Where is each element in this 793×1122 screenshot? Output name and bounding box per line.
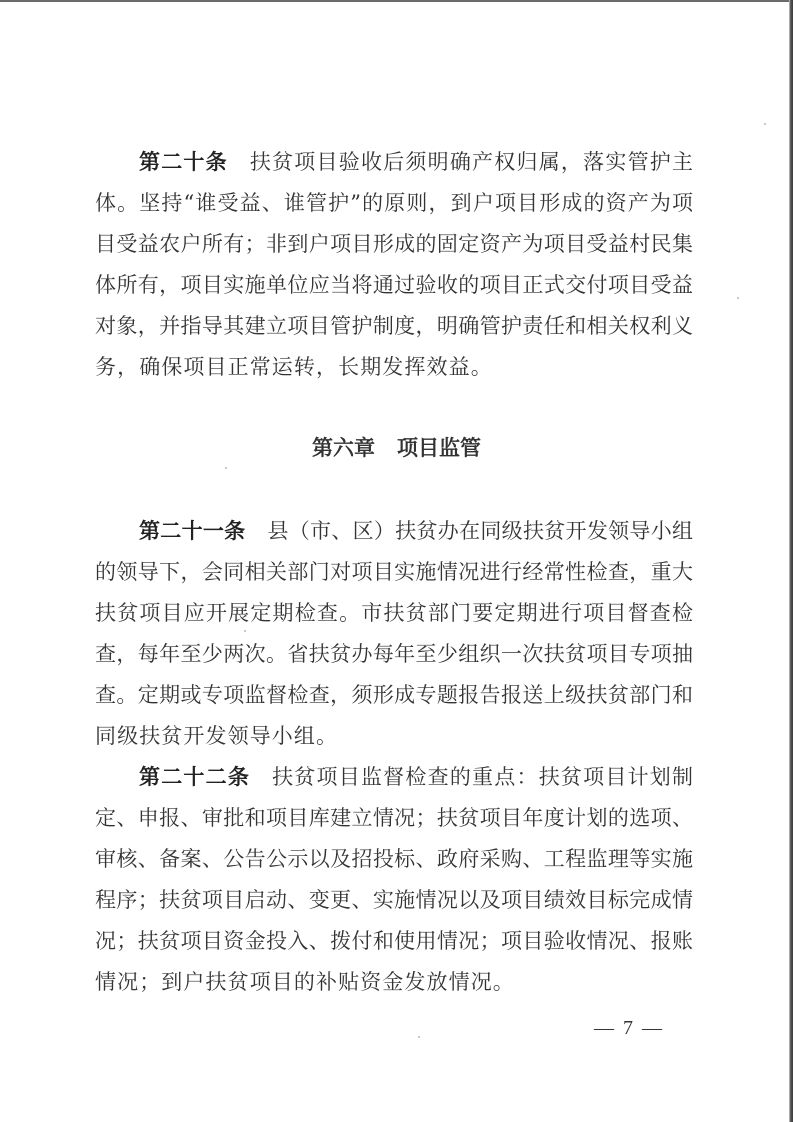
article-21-line-5: 查。定期或专项监督检查，须形成专题报告报送上级扶贫部门和 [95, 680, 693, 710]
article-22-line-1: 第二十二条扶贫项目监督检查的重点：扶贫项目计划制 [139, 762, 693, 792]
article-21-line-4: 查，每年至少两次。省扶贫办每年至少组织一次扶贫项目专项抽 [95, 639, 693, 669]
article-20-line-1: 第二十条扶贫项目验收后须明确产权归属，落实管护主 [139, 147, 693, 177]
article-20-line-4: 体所有，项目实施单位应当将通过验收的项目正式交付项目受益 [95, 270, 693, 300]
article-20-line-6: 务，确保项目正常运转，长期发挥效益。 [95, 352, 693, 382]
article-number: 第二十二条 [139, 765, 250, 789]
article-21-line-3: 扶贫项目应开展定期检查。市扶贫部门要定期进行项目督查检 [95, 598, 693, 628]
article-22-line-6: 情况；到户扶贫项目的补贴资金发放情况。 [95, 967, 693, 997]
article-21-line-1: 第二十一条县（市、区）扶贫办在同级扶贫开发领导小组 [139, 516, 693, 546]
page-number: — 7 — [594, 1014, 664, 1042]
article-21-line-2: 的领导下，会同相关部门对项目实施情况进行经常性检查，重大 [95, 557, 693, 587]
scan-speck [418, 1036, 420, 1038]
article-22-line-4: 程序；扶贫项目启动、变更、实施情况以及项目绩效目标完成情 [95, 885, 693, 915]
article-number: 第二十一条 [139, 519, 245, 543]
scan-speck [225, 467, 227, 469]
article-20-line-3: 目受益农户所有；非到户项目形成的固定资产为项目受益村民集 [95, 229, 693, 259]
chapter-number: 第六章 [312, 436, 375, 460]
chapter-heading: 第六章项目监管 [0, 433, 793, 463]
article-22-line-3: 审核、备案、公告公示以及招投标、政府采购、工程监理等实施 [95, 844, 693, 874]
chapter-title: 项目监管 [397, 436, 481, 460]
article-22-line-5: 况；扶贫项目资金投入、拨付和使用情况；项目验收情况、报账 [95, 926, 693, 956]
scan-speck [737, 297, 739, 299]
article-21-line-6: 同级扶贫开发领导小组。 [95, 721, 693, 751]
document-page: 第二十条扶贫项目验收后须明确产权归属，落实管护主 体。坚持“谁受益、谁管护”的原… [0, 0, 793, 1122]
article-20-line-5: 对象，并指导其建立项目管护制度，明确管护责任和相关权利义 [95, 311, 693, 341]
article-number: 第二十条 [139, 150, 228, 174]
scan-speck [764, 123, 766, 125]
article-22-line-2: 定、申报、审批和项目库建立情况；扶贫项目年度计划的选项、 [95, 803, 693, 833]
scan-speck [244, 630, 246, 632]
article-20-line-2: 体。坚持“谁受益、谁管护”的原则，到户项目形成的资产为项 [95, 188, 693, 218]
